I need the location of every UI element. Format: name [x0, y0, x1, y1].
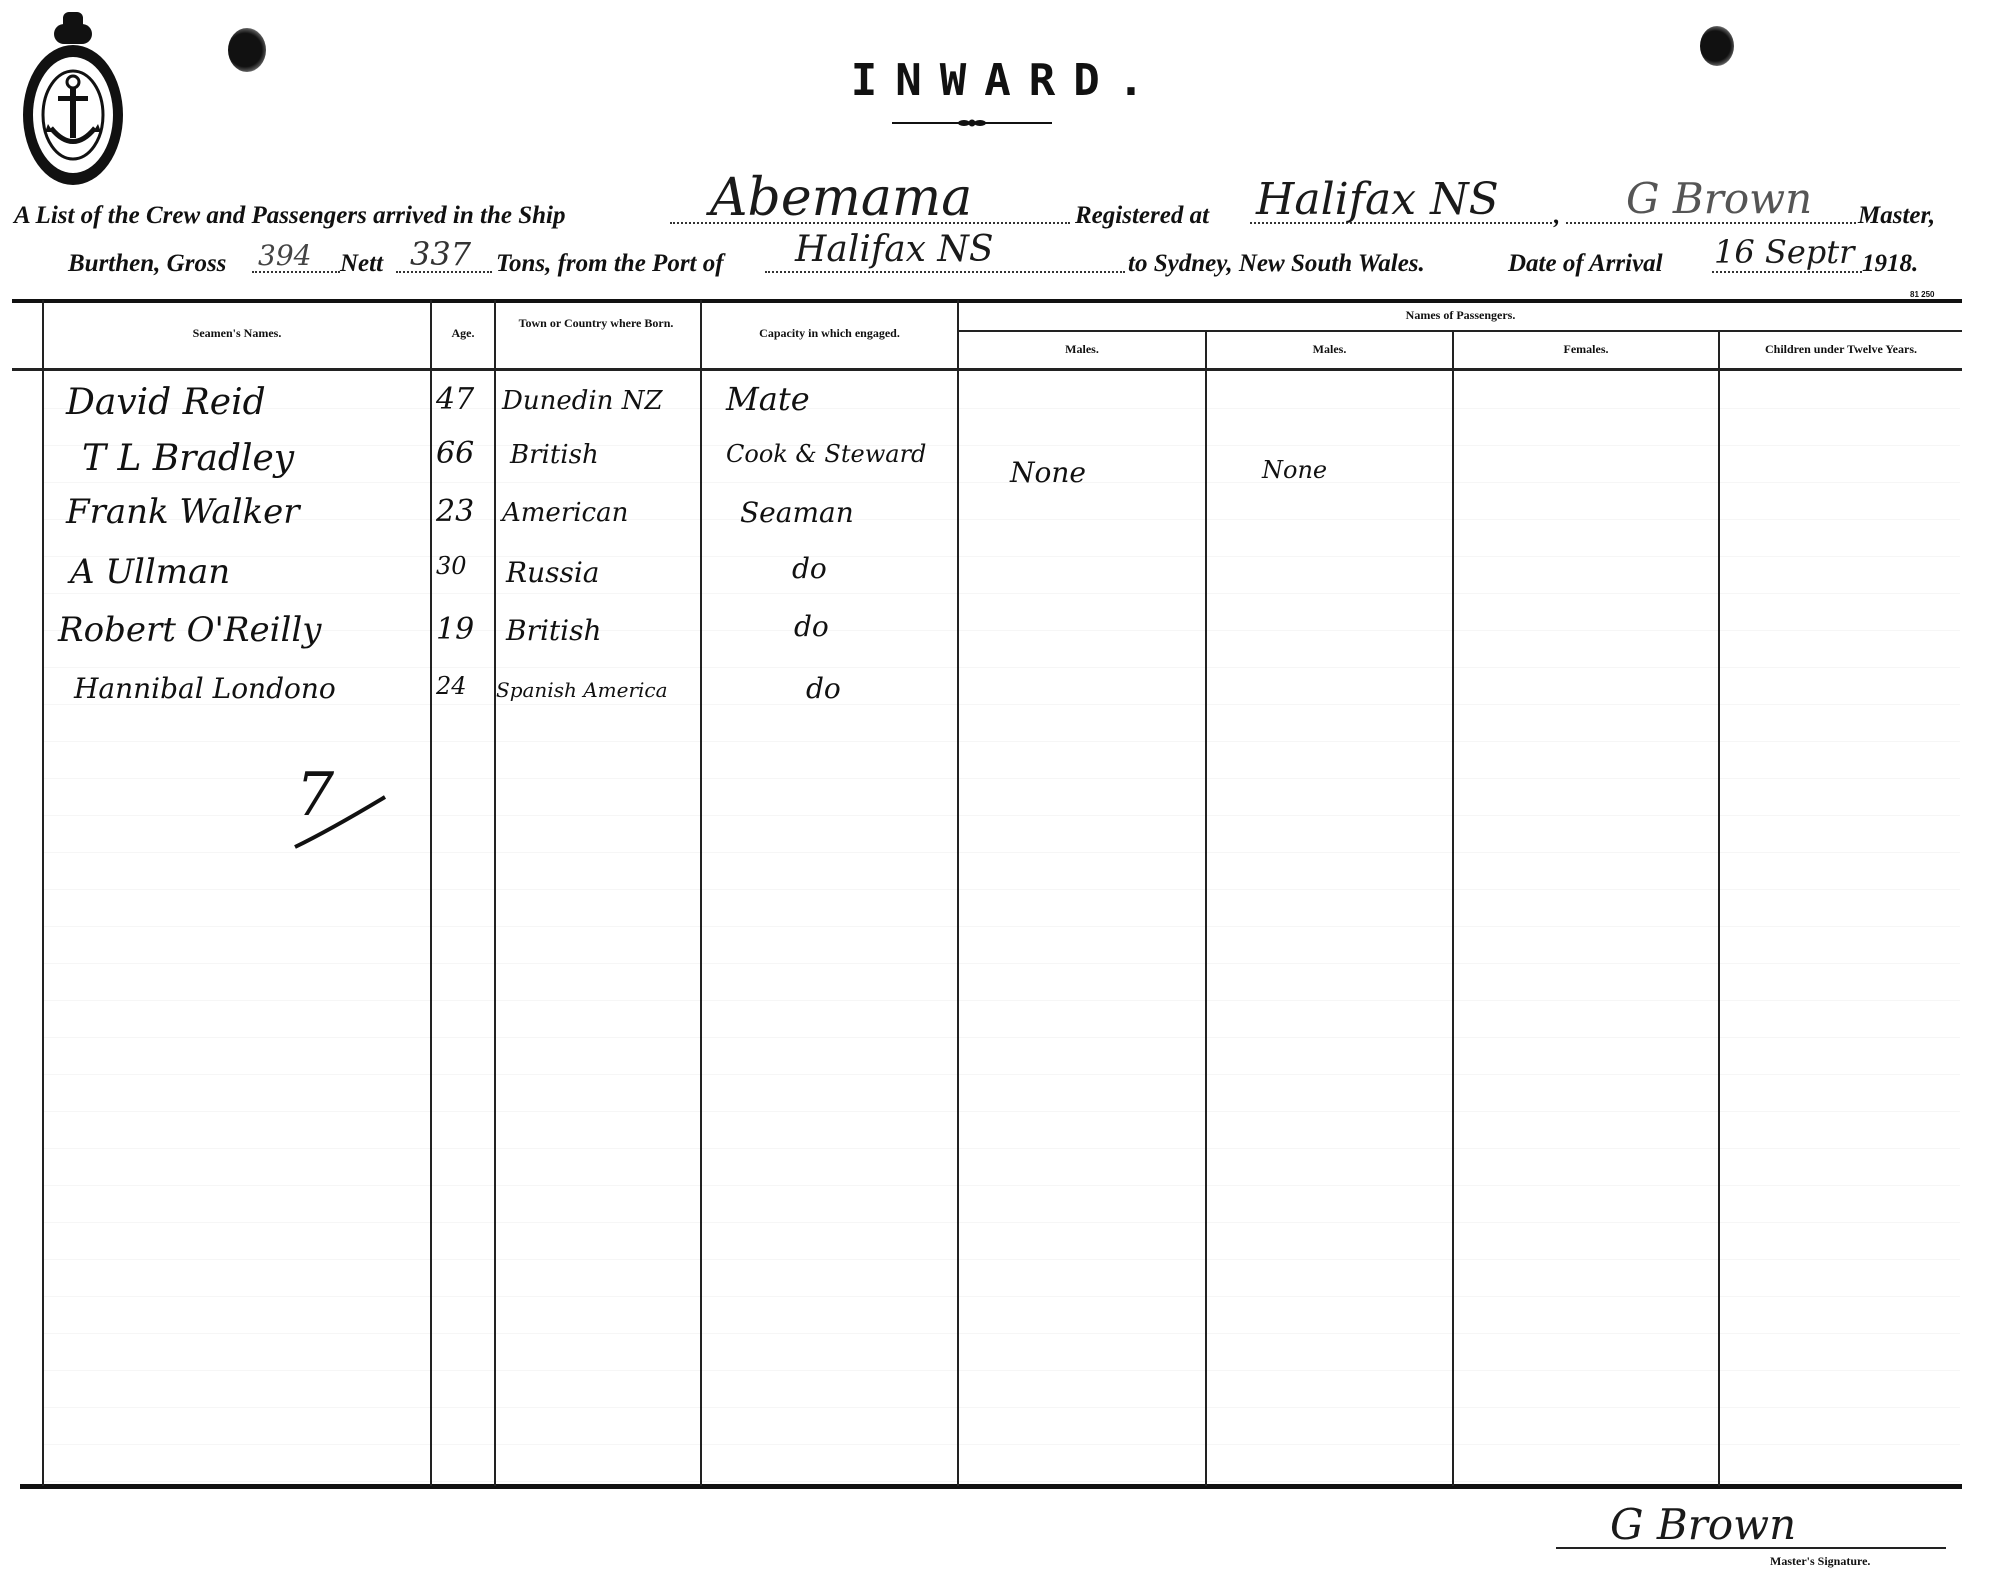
arrival-date-field[interactable]: 16 Septr	[1712, 247, 1862, 273]
seaman-capacity: do	[806, 672, 841, 705]
master-label: Master,	[1858, 202, 1935, 230]
seaman-capacity: Seaman	[740, 496, 854, 529]
document-title: INWARD.	[0, 55, 1995, 106]
seaman-born: Russia	[506, 556, 600, 589]
nett-tons: 337	[410, 235, 471, 273]
passengers-subheader-rule	[958, 330, 1962, 332]
registered-label: Registered at	[1075, 202, 1209, 230]
seaman-age: 24	[436, 672, 467, 700]
master-name: G Brown	[1626, 174, 1812, 223]
header-age: Age.	[432, 326, 494, 340]
seaman-name: Robert O'Reilly	[58, 610, 321, 650]
header-passengers-group: Names of Passengers.	[959, 308, 1962, 322]
arrival-day-month: 16 Septr	[1714, 233, 1854, 271]
header-line1-prefix: A List of the Crew and Passengers arrive…	[14, 202, 565, 230]
table-header-rule	[12, 368, 1962, 371]
seaman-capacity: do	[792, 552, 827, 585]
header-seamen-names: Seamen's Names.	[44, 326, 430, 340]
master-signature: G Brown	[1610, 1500, 1796, 1549]
table-bottom-rule	[20, 1484, 1962, 1489]
seaman-born: British	[510, 440, 599, 470]
nett-tons-field[interactable]: 337	[396, 247, 492, 273]
seaman-name: A Ullman	[70, 552, 230, 592]
seaman-capacity: Mate	[726, 380, 810, 418]
seaman-age: 30	[436, 552, 467, 580]
seaman-born: Spanish America	[496, 678, 668, 702]
ruled-background	[44, 372, 1960, 1482]
seaman-age: 19	[436, 612, 474, 647]
ship-name: Abemama	[710, 168, 972, 228]
signature-label: Master's Signature.	[1770, 1554, 1870, 1569]
seaman-age: 23	[436, 494, 474, 529]
title-ornament	[892, 119, 1052, 127]
form-number: 81 250	[1910, 290, 1934, 299]
header-capacity: Capacity in which engaged.	[702, 326, 957, 340]
tons-from-label: Tons, from the Port of	[496, 250, 724, 278]
burthen-label: Burthen, Gross	[68, 250, 226, 278]
arrival-year: 1918.	[1862, 250, 1918, 278]
passengers-males-1: None	[1010, 456, 1086, 489]
arrival-label: Date of Arrival	[1508, 250, 1663, 278]
seaman-born: British	[506, 614, 602, 647]
seaman-name: David Reid	[66, 382, 266, 423]
nett-label: Nett	[340, 250, 383, 278]
gross-tons-field[interactable]: 394	[252, 247, 340, 273]
from-port: Halifax NS	[795, 229, 994, 270]
seaman-name: T L Bradley	[82, 438, 294, 479]
seaman-born: American	[502, 498, 628, 528]
seaman-born: Dunedin NZ	[502, 386, 663, 416]
ship-name-field[interactable]: Abemama	[670, 198, 1070, 224]
header-females: Females.	[1454, 342, 1718, 356]
seaman-name: Hannibal Londono	[74, 672, 336, 705]
master-name-field[interactable]: G Brown	[1566, 198, 1856, 224]
header-children: Children under Twelve Years.	[1720, 342, 1962, 356]
header-born: Town or Country where Born.	[506, 316, 686, 330]
registered-port-field[interactable]: Halifax NS	[1250, 198, 1552, 224]
passengers-males-2: None	[1262, 456, 1327, 484]
end-of-list-stroke	[290, 785, 390, 855]
seaman-capacity: Cook & Steward	[726, 440, 926, 468]
from-port-field[interactable]: Halifax NS	[765, 247, 1125, 273]
table-top-rule	[12, 299, 1962, 303]
seaman-capacity: do	[794, 610, 829, 643]
header-males-1: Males.	[959, 342, 1205, 356]
header-males-2: Males.	[1207, 342, 1452, 356]
comma: ,	[1554, 202, 1560, 230]
destination-label: to Sydney, New South Wales.	[1128, 250, 1425, 278]
seaman-name: Frank Walker	[66, 492, 300, 532]
seaman-age: 66	[436, 436, 474, 471]
gross-tons: 394	[258, 239, 311, 272]
registered-port: Halifax NS	[1256, 174, 1499, 225]
signature-line	[1556, 1547, 1946, 1549]
seaman-age: 47	[436, 382, 474, 417]
